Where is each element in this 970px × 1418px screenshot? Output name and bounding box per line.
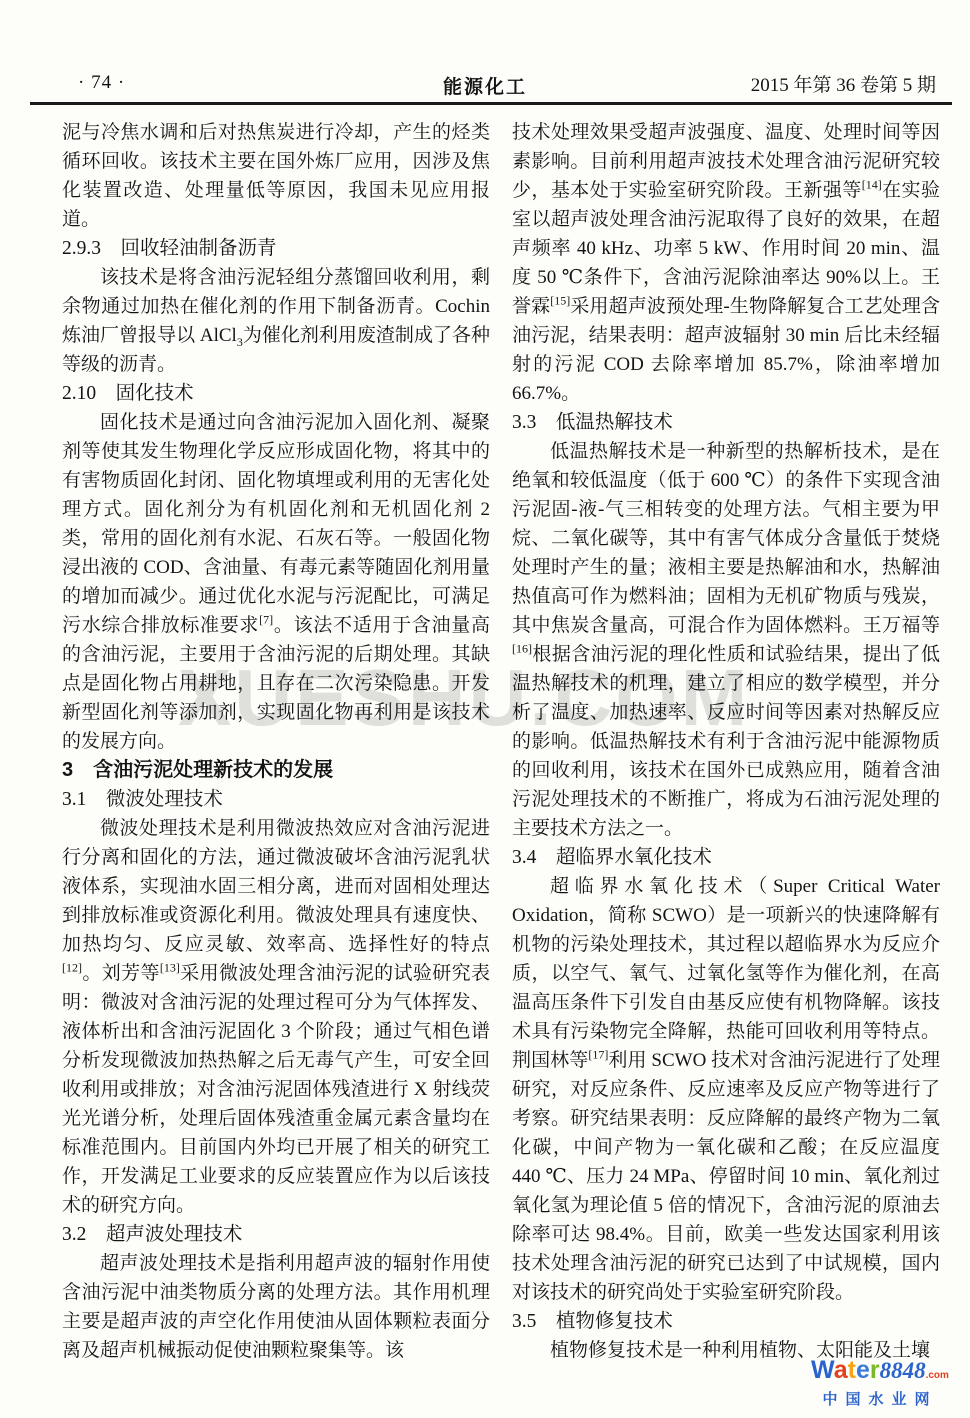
section-heading: 3.4 超临界水氧化技术 [512, 843, 940, 872]
journal-title: 能源化工 [443, 72, 527, 99]
text-run: 3.5 植物修复技术 [512, 1311, 673, 1332]
logo-tld: .com [926, 1370, 949, 1381]
text-run: 超声波处理技术是指利用超声波的辐射作用使含油污泥中油类物质分离的处理方法。其作用… [62, 1253, 490, 1361]
section-heading: 3.5 植物修复技术 [512, 1307, 940, 1336]
section-heading: 3 含油污泥处理新技术的发展 [62, 756, 490, 785]
logo-letter: e [856, 1356, 870, 1384]
text-run: 3.3 低温热解技术 [512, 412, 673, 433]
left-column: 泥与冷焦水调和后对热焦炭进行冷却，产生的烃类循环回收。该技术主要在国外炼厂应用，… [62, 118, 490, 1365]
right-column: 技术处理效果受超声波强度、温度、处理时间等因素影响。目前利用超声波技术处理含油污… [512, 118, 940, 1365]
text-run: 采用微波处理含油污泥的试验研究表明：微波对含油污泥的处理过程可分为气体挥发、液体… [62, 963, 490, 1216]
paragraph: 微波处理技术是利用微波热效应对含油污泥进行分离和固化的方法，通过微波破坏含油污泥… [62, 814, 490, 1220]
text-run: 根据含油污泥的理化性质和试验结果，提出了低温热解技术的机理，建立了相应的数学模型… [512, 644, 940, 839]
water8848-logo: Water8848.com 中国水业网 [800, 1357, 960, 1410]
paragraph: 该技术是将含油污泥轻组分蒸馏回收利用，剩余物通过加热在催化剂的作用下制备沥青。C… [62, 263, 490, 379]
text-run: 超临界水氧化技术（Super Critical Water Oxidation，… [512, 876, 940, 1071]
text-run: 采用超声波预处理-生物降解复合工艺处理含油污泥，结果表明：超声波辐射 30 mi… [512, 296, 940, 404]
header-rule [30, 102, 952, 105]
page-number: · 74 · [78, 72, 125, 94]
text-run: 利用 SCWO 技术对含油污泥进行了处理研究，对反应条件、反应速率及反应产物等进… [512, 1050, 940, 1303]
text-run: 3.4 超临界水氧化技术 [512, 847, 712, 868]
logo-letter: a [834, 1356, 848, 1384]
issue-info: 2015 年第 36 卷第 5 期 [751, 70, 936, 97]
citation-ref: [12] [62, 961, 82, 975]
text-run: 微波处理技术是利用微波热效应对含油污泥进行分离和固化的方法，通过微波破坏含油污泥… [62, 818, 490, 955]
section-heading: 3.1 微波处理技术 [62, 785, 490, 814]
section-heading: 2.9.3 回收轻油制备沥青 [62, 234, 490, 263]
paragraph: 泥与冷焦水调和后对热焦炭进行冷却，产生的烃类循环回收。该技术主要在国外炼厂应用，… [62, 118, 490, 234]
paragraph: 低温热解技术是一种新型的热解析技术，是在绝氧和较低温度（低于 600 ℃）的条件… [512, 437, 940, 843]
paragraph: 技术处理效果受超声波强度、温度、处理时间等因素影响。目前利用超声波技术处理含油污… [512, 118, 940, 408]
text-run: 固化技术是通过向含油污泥加入固化剂、凝聚剂等使其发生物理化学反应形成固化物，将其… [62, 412, 490, 636]
section-heading: 3.2 超声波处理技术 [62, 1220, 490, 1249]
section-heading: 2.10 固化技术 [62, 379, 490, 408]
logo-subtitle: 中国水业网 [800, 1390, 960, 1410]
text-run: 2.10 固化技术 [62, 383, 194, 404]
citation-ref: [13] [160, 961, 180, 975]
paragraph: 固化技术是通过向含油污泥加入固化剂、凝聚剂等使其发生物理化学反应形成固化物，将其… [62, 408, 490, 756]
logo-letter: r [870, 1356, 880, 1384]
citation-ref: [16] [512, 642, 532, 656]
logo-brand-line: Water8848.com [800, 1357, 960, 1389]
section-heading: 3.3 低温热解技术 [512, 408, 940, 437]
citation-ref: [14] [862, 178, 882, 192]
logo-letter: t [848, 1356, 856, 1384]
text-run: 3 含油污泥处理新技术的发展 [62, 759, 333, 781]
text-run: 低温热解技术是一种新型的热解析技术，是在绝氧和较低温度（低于 600 ℃）的条件… [512, 441, 940, 636]
text-run: 3.1 微波处理技术 [62, 789, 223, 810]
citation-ref: [17] [588, 1048, 608, 1062]
citation-ref: [15] [550, 294, 570, 308]
logo-number: 8848 [880, 1358, 926, 1383]
citation-ref: [7] [259, 613, 273, 627]
scanned-paper-page: · 74 · 能源化工 2015 年第 36 卷第 5 期 XUESHU.COM… [0, 0, 970, 1418]
text-run: 泥与冷焦水调和后对热焦炭进行冷却，产生的烃类循环回收。该技术主要在国外炼厂应用，… [62, 122, 490, 230]
paragraph: 超临界水氧化技术（Super Critical Water Oxidation，… [512, 872, 940, 1307]
paragraph: 超声波处理技术是指利用超声波的辐射作用使含油污泥中油类物质分离的处理方法。其作用… [62, 1249, 490, 1365]
text-run: 。刘芳等 [82, 963, 160, 984]
logo-letter: W [811, 1356, 834, 1384]
logo-word: Water [811, 1356, 880, 1384]
text-run: 2.9.3 回收轻油制备沥青 [62, 238, 277, 259]
page-header: · 74 · 能源化工 2015 年第 36 卷第 5 期 [0, 70, 970, 98]
text-run: 3.2 超声波处理技术 [62, 1224, 242, 1245]
